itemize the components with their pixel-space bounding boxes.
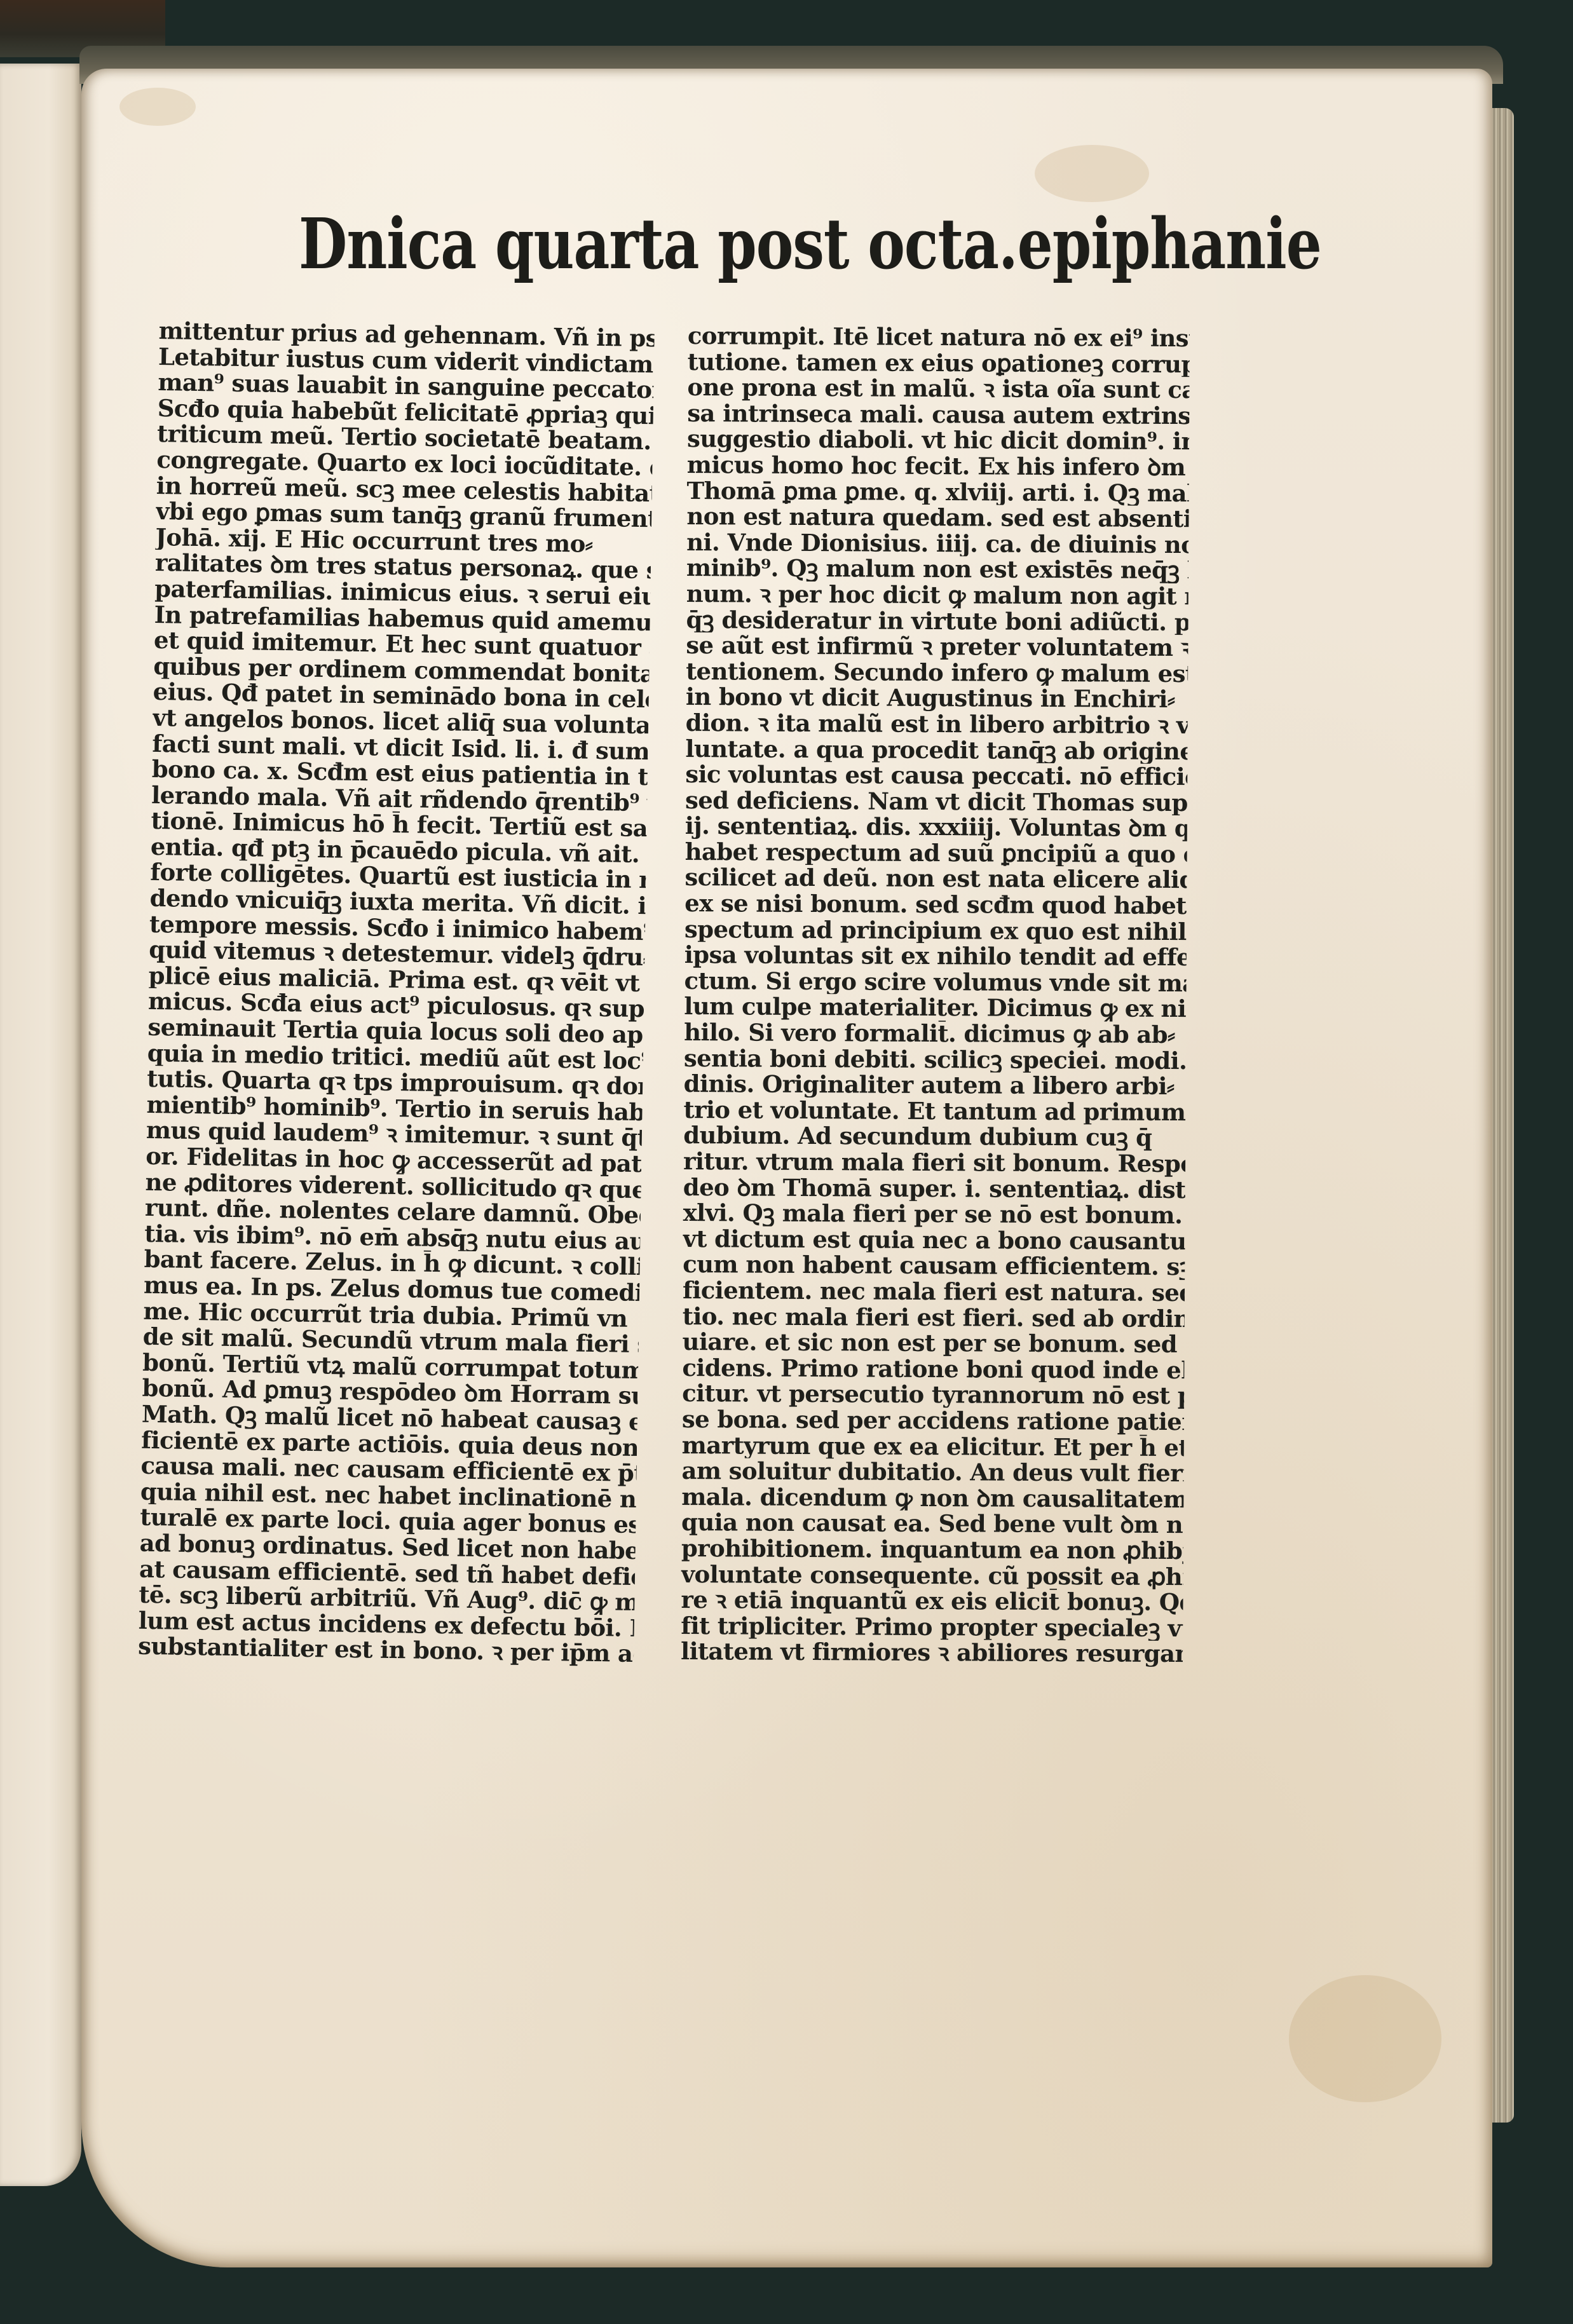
text-line: citur. vt persecutio tyrannorum nō est p… [682, 1380, 1184, 1409]
text-column-left: mittentur prius ad gehennam. Vñ in ps.Le… [138, 318, 655, 1667]
text-line: quia non causat ea. Sed bene vult ꝺm nō [681, 1509, 1183, 1538]
text-line: re ꝛ etiā inquantũ ex eis elicit̄ bonuꝫ.… [681, 1587, 1183, 1615]
text-line: se aũt est infirmũ ꝛ preter voluntatem ꝛ… [686, 632, 1188, 661]
facing-left-page-edge [0, 64, 81, 2186]
text-line: sa intrinseca mali. causa autem extrinse… [687, 400, 1189, 429]
text-line: ni. Vnde Dionisius. iiij. ca. de diuinis… [686, 529, 1188, 558]
text-line: prohibitionem. inquantum ea non ꝓhibꝫ. [681, 1535, 1183, 1564]
text-line: deo ꝺm Thomā super. i. sententiaꝝ. disti… [683, 1174, 1185, 1203]
text-line: tentionem. Secundo infero ꝙ malum est [686, 658, 1188, 687]
text-line: sentia boni debiti. scilicꝫ speciei. mod… [684, 1045, 1186, 1074]
running-head: Dnica quarta post octa.epiphanie [299, 202, 1125, 285]
text-line: corrumpit. Itē licet natura nō ex ei⁹ in… [688, 323, 1190, 351]
text-line: q̄ꝫ desideratur in virtute boni adiũcti.… [686, 607, 1188, 635]
text-line: ctum. Si ergo scire volumus vnde sit ma⸗ [684, 968, 1186, 996]
text-line: uiare. et sic non est per se bonum. sed … [682, 1329, 1184, 1357]
foxing-stain [1035, 145, 1149, 202]
text-line: one prona est in malũ. ꝛ ista oĩa sunt c… [687, 374, 1189, 403]
text-line: dinis. Originaliter autem a libero arbi⸗ [684, 1071, 1186, 1099]
text-line: ex se nisi bonum. sed scđm quod habet re… [684, 890, 1187, 919]
text-line: sed deficiens. Nam vt dicit Thomas sup [685, 787, 1187, 816]
text-line: micus homo hoc fecit. Ex his infero ꝺm [687, 452, 1189, 480]
text-line: Thomā ꝑma ꝑme. q. xlviij. arti. i. Qꝫ ma… [687, 478, 1189, 506]
text-line: lum culpe materialiter. Dicimus ꝙ ex ni⸗ [684, 993, 1186, 1022]
text-line: spectum ad principium ex quo est nihil. … [684, 916, 1187, 945]
text-line: tutione. tamen ex eius oꝑationeꝫ corrupt… [688, 349, 1190, 377]
foxing-stain [119, 88, 196, 126]
text-line: minib⁹. Qꝫ malum non est existēs neq̄ꝫ b… [686, 555, 1188, 583]
text-line: dion. ꝛ ita malũ est in libero arbitrio … [686, 710, 1188, 738]
text-line: cidens. Primo ratione boni quod inde eli [682, 1355, 1184, 1383]
text-line: fit tripliciter. Primo propter specialeꝫ… [681, 1613, 1183, 1641]
text-line: voluntate consequente. cũ possit ea ꝓhib… [681, 1561, 1183, 1589]
text-line: mala. dicendum ꝙ non ꝺm causalitatem. [681, 1484, 1183, 1512]
text-line: in bono vt dicit Augustinus in Enchiri⸗ [686, 684, 1188, 712]
text-line: ij. sententiaꝝ. dis. xxxiiij. Voluntas ꝺ… [685, 813, 1187, 841]
text-line: scilicet ad deũ. non est nata elicere al… [684, 864, 1187, 893]
text-line: habet respectum ad suũ ꝑncipiũ a quo est… [685, 839, 1187, 867]
text-line: non est natura quedam. sed est absentia … [686, 503, 1188, 532]
text-line: martyrum que ex ea elicitur. Et per h̄ e… [682, 1432, 1184, 1461]
foxing-stain [1289, 1975, 1441, 2102]
text-line: luntate. a qua procedit tanq̄ꝫ ab origin… [685, 735, 1187, 764]
text-line: se bona. sed per accidens ratione patien… [682, 1406, 1184, 1435]
text-line: xlvi. Qꝫ mala fieri per se nō est bonum.… [683, 1200, 1185, 1228]
text-line: am soluitur dubitatio. An deus vult fier… [681, 1458, 1183, 1486]
text-column-right: corrumpit. Itē licet natura nō ex ei⁹ in… [681, 323, 1190, 1667]
text-line: dubium. Ad secundum dubium cuꝫ q̄ [683, 1122, 1185, 1151]
text-line: vt dictum est quia nec a bono causantur. [683, 1226, 1185, 1254]
text-line: sic voluntas est causa peccati. nō effic… [685, 761, 1187, 790]
text-line: litatem vt firmiores ꝛ abiliores resurga… [681, 1638, 1183, 1667]
text-line: num. ꝛ per hoc dicit ꝙ malum non agit ne [686, 581, 1188, 609]
text-line: hilo. Si vero formalit̄. dicimus ꝙ ab ab… [684, 1019, 1186, 1048]
text-line: ritur. vtrum mala fieri sit bonum. Respo… [683, 1148, 1185, 1177]
text-line: ficientem. nec mala fieri est natura. se… [683, 1277, 1185, 1306]
text-line: tio. nec mala fieri est fieri. sed ab or… [683, 1303, 1185, 1332]
text-line: suggestio diaboli. vt hic dicit domin⁹. … [687, 426, 1189, 454]
text-line: cum non habent causam efficientem. sꝫ de [683, 1251, 1185, 1280]
text-line: trio et voluntate. Et tantum ad primum [683, 1097, 1185, 1125]
text-line: ipsa voluntas sit ex nihilo tendit ad ef… [684, 942, 1187, 970]
